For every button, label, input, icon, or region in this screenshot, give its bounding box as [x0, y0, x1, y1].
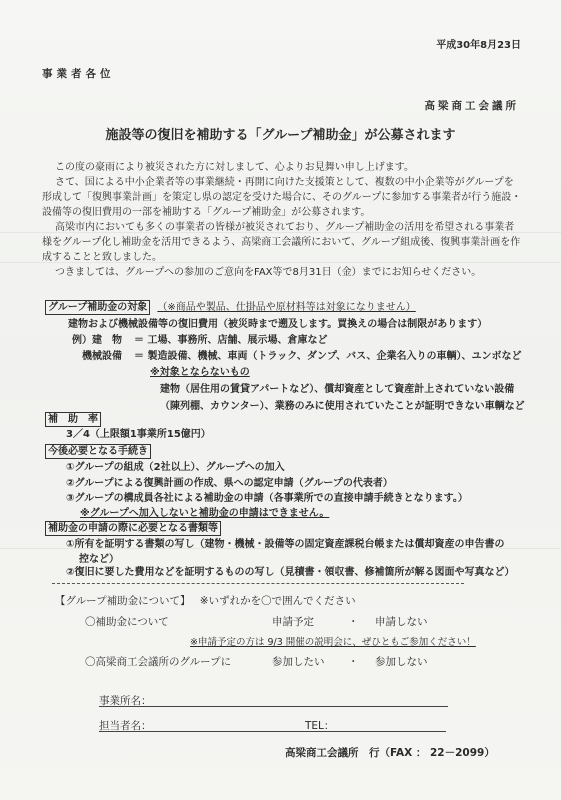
reply-form-instruction: ※いずれかを〇で囲んでください	[200, 595, 356, 607]
intro-line: 成することと致しました。	[42, 250, 515, 265]
rate-heading: 補 助 率	[45, 412, 101, 427]
q1-option-not-apply[interactable]: 申請しない	[375, 614, 428, 629]
intro-line: 様をグループ化し補助金を活用できるよう、高梁商工会議所において、グループ組成後、…	[42, 235, 515, 250]
document-date: 平成30年8月23日	[436, 36, 521, 51]
procedure-item: ③グループの構成員各社による補助金の申請（各事業所での直接申請手続きとなります。…	[66, 492, 468, 506]
rate-value: 3／4（上限額1事業所15億円）	[66, 428, 211, 442]
target-heading: グループ補助金の対象	[45, 300, 150, 315]
procedures-heading: 今後必要となる手続き	[45, 444, 151, 459]
intro-line: 形成して「復興事業計画」を策定し県の認定を受けた場合に、そのグループに参加する事…	[42, 190, 515, 205]
sender: 高梁商工会議所	[425, 98, 520, 113]
document-item: ①所有を証明する書類の写し（建物・機械・設備等の固定資産課税台帳または償却資産の…	[66, 538, 504, 552]
intro-line: さて、国による中小企業者等の事業継続・再開に向けた支援策として、複数の中小企業等…	[45, 175, 515, 190]
q2-label: 〇高梁商工会議所のグループに	[85, 654, 231, 669]
q1-option-apply[interactable]: 申請予定	[272, 614, 314, 629]
q2-option-not-join[interactable]: 参加しない	[375, 654, 428, 669]
documents-section: 補助金の申請の際に必要となる書類等	[45, 521, 221, 536]
procedure-item: ②グループによる復興計画の作成、県への認定申請（グループの代表者）	[66, 477, 393, 491]
document-page: 平成30年8月23日 事業者各位 高梁商工会議所 施設等の復旧を補助する「グルー…	[0, 0, 561, 800]
q1-label: 〇補助金について	[85, 614, 169, 629]
q1-note: ※申請予定の方は 9/3 開催の説明会に、ぜひともご参加ください！	[190, 634, 476, 648]
intro-paragraph: この度の豪雨により被災された方に対しまして、心よりお見舞い申し上げます。 さて、…	[45, 160, 515, 280]
excluded-heading: ※対象とならないもの	[150, 366, 250, 380]
reply-form-heading: 【グループ補助金について】	[55, 595, 190, 607]
q2-separator: ・	[348, 654, 359, 669]
reply-form-header: 【グループ補助金について】 ※いずれかを〇で囲んでください	[55, 593, 356, 608]
documents-heading: 補助金の申請の際に必要となる書類等	[45, 521, 221, 536]
document-item: ②復旧に要した費用などを証明するものの写し（見積書・領収書、修補箇所が解る図面や…	[66, 566, 514, 580]
q1-separator: ・	[348, 614, 359, 629]
addressee: 事業者各位	[42, 66, 115, 81]
intro-line: 高梁市内においても多くの事業者の皆様が被災されており、グループ補助金の活用を希望…	[45, 220, 515, 235]
rate-section: 補 助 率	[45, 412, 101, 427]
target-description: 建物および機械設備等の復旧費用（被災時まで遡及します。買換えの場合は制限がありま…	[68, 318, 487, 332]
procedures-section: 今後必要となる手続き	[45, 444, 151, 459]
target-note: （※商品や製品、仕掛品や原材料等は対象になりません）	[157, 302, 415, 313]
document-title: 施設等の復旧を補助する「グループ補助金」が公募されます	[0, 124, 561, 143]
office-name-field[interactable]	[99, 706, 448, 707]
excluded-line: （陳列棚、カウンター）、業務のみに使用されていたことが証明できない車輌など	[160, 400, 525, 414]
target-section-header: グループ補助金の対象 （※商品や製品、仕掛品や原材料等は対象になりません）	[45, 300, 416, 315]
q2-option-join[interactable]: 参加したい	[272, 654, 325, 669]
cut-line-divider	[52, 583, 464, 584]
procedure-item: ①グループの組成（2社以上）、グループへの加入	[66, 461, 285, 475]
example-buildings: ＝ 工場、事務所、店舗、展示場、倉庫など	[134, 334, 327, 348]
example-buildings-label: 例）建 物	[72, 334, 122, 348]
contact-name-field[interactable]	[99, 731, 284, 732]
example-machinery-label: 機械設備	[82, 350, 122, 364]
document-item: 控など）	[79, 553, 119, 567]
example-machinery: ＝ 製造設備、機械、車両（トラック、ダンプ、バス、企業名入りの車輌）、ユンボなど	[134, 350, 521, 364]
procedures-note: ※グループへ加入しないと補助金の申請はできません。	[80, 507, 329, 521]
intro-line: この度の豪雨により被災された方に対しまして、心よりお見舞い申し上げます。	[45, 160, 515, 175]
tel-field[interactable]	[284, 731, 446, 732]
intro-line: 設備等の復旧費用の一部を補助する「グループ補助金」が公募されます。	[42, 205, 515, 220]
intro-line: つきましては、グループへの参加のご意向をFAX等で8月31日（金）までにお知らせ…	[45, 265, 515, 280]
fax-destination: 高梁商工会議所 行（FAX ： 22－2099）	[285, 745, 495, 760]
excluded-line: 建物（居住用の賃貸アパートなど）、償却資産として資産計上されていない設備	[160, 383, 514, 397]
